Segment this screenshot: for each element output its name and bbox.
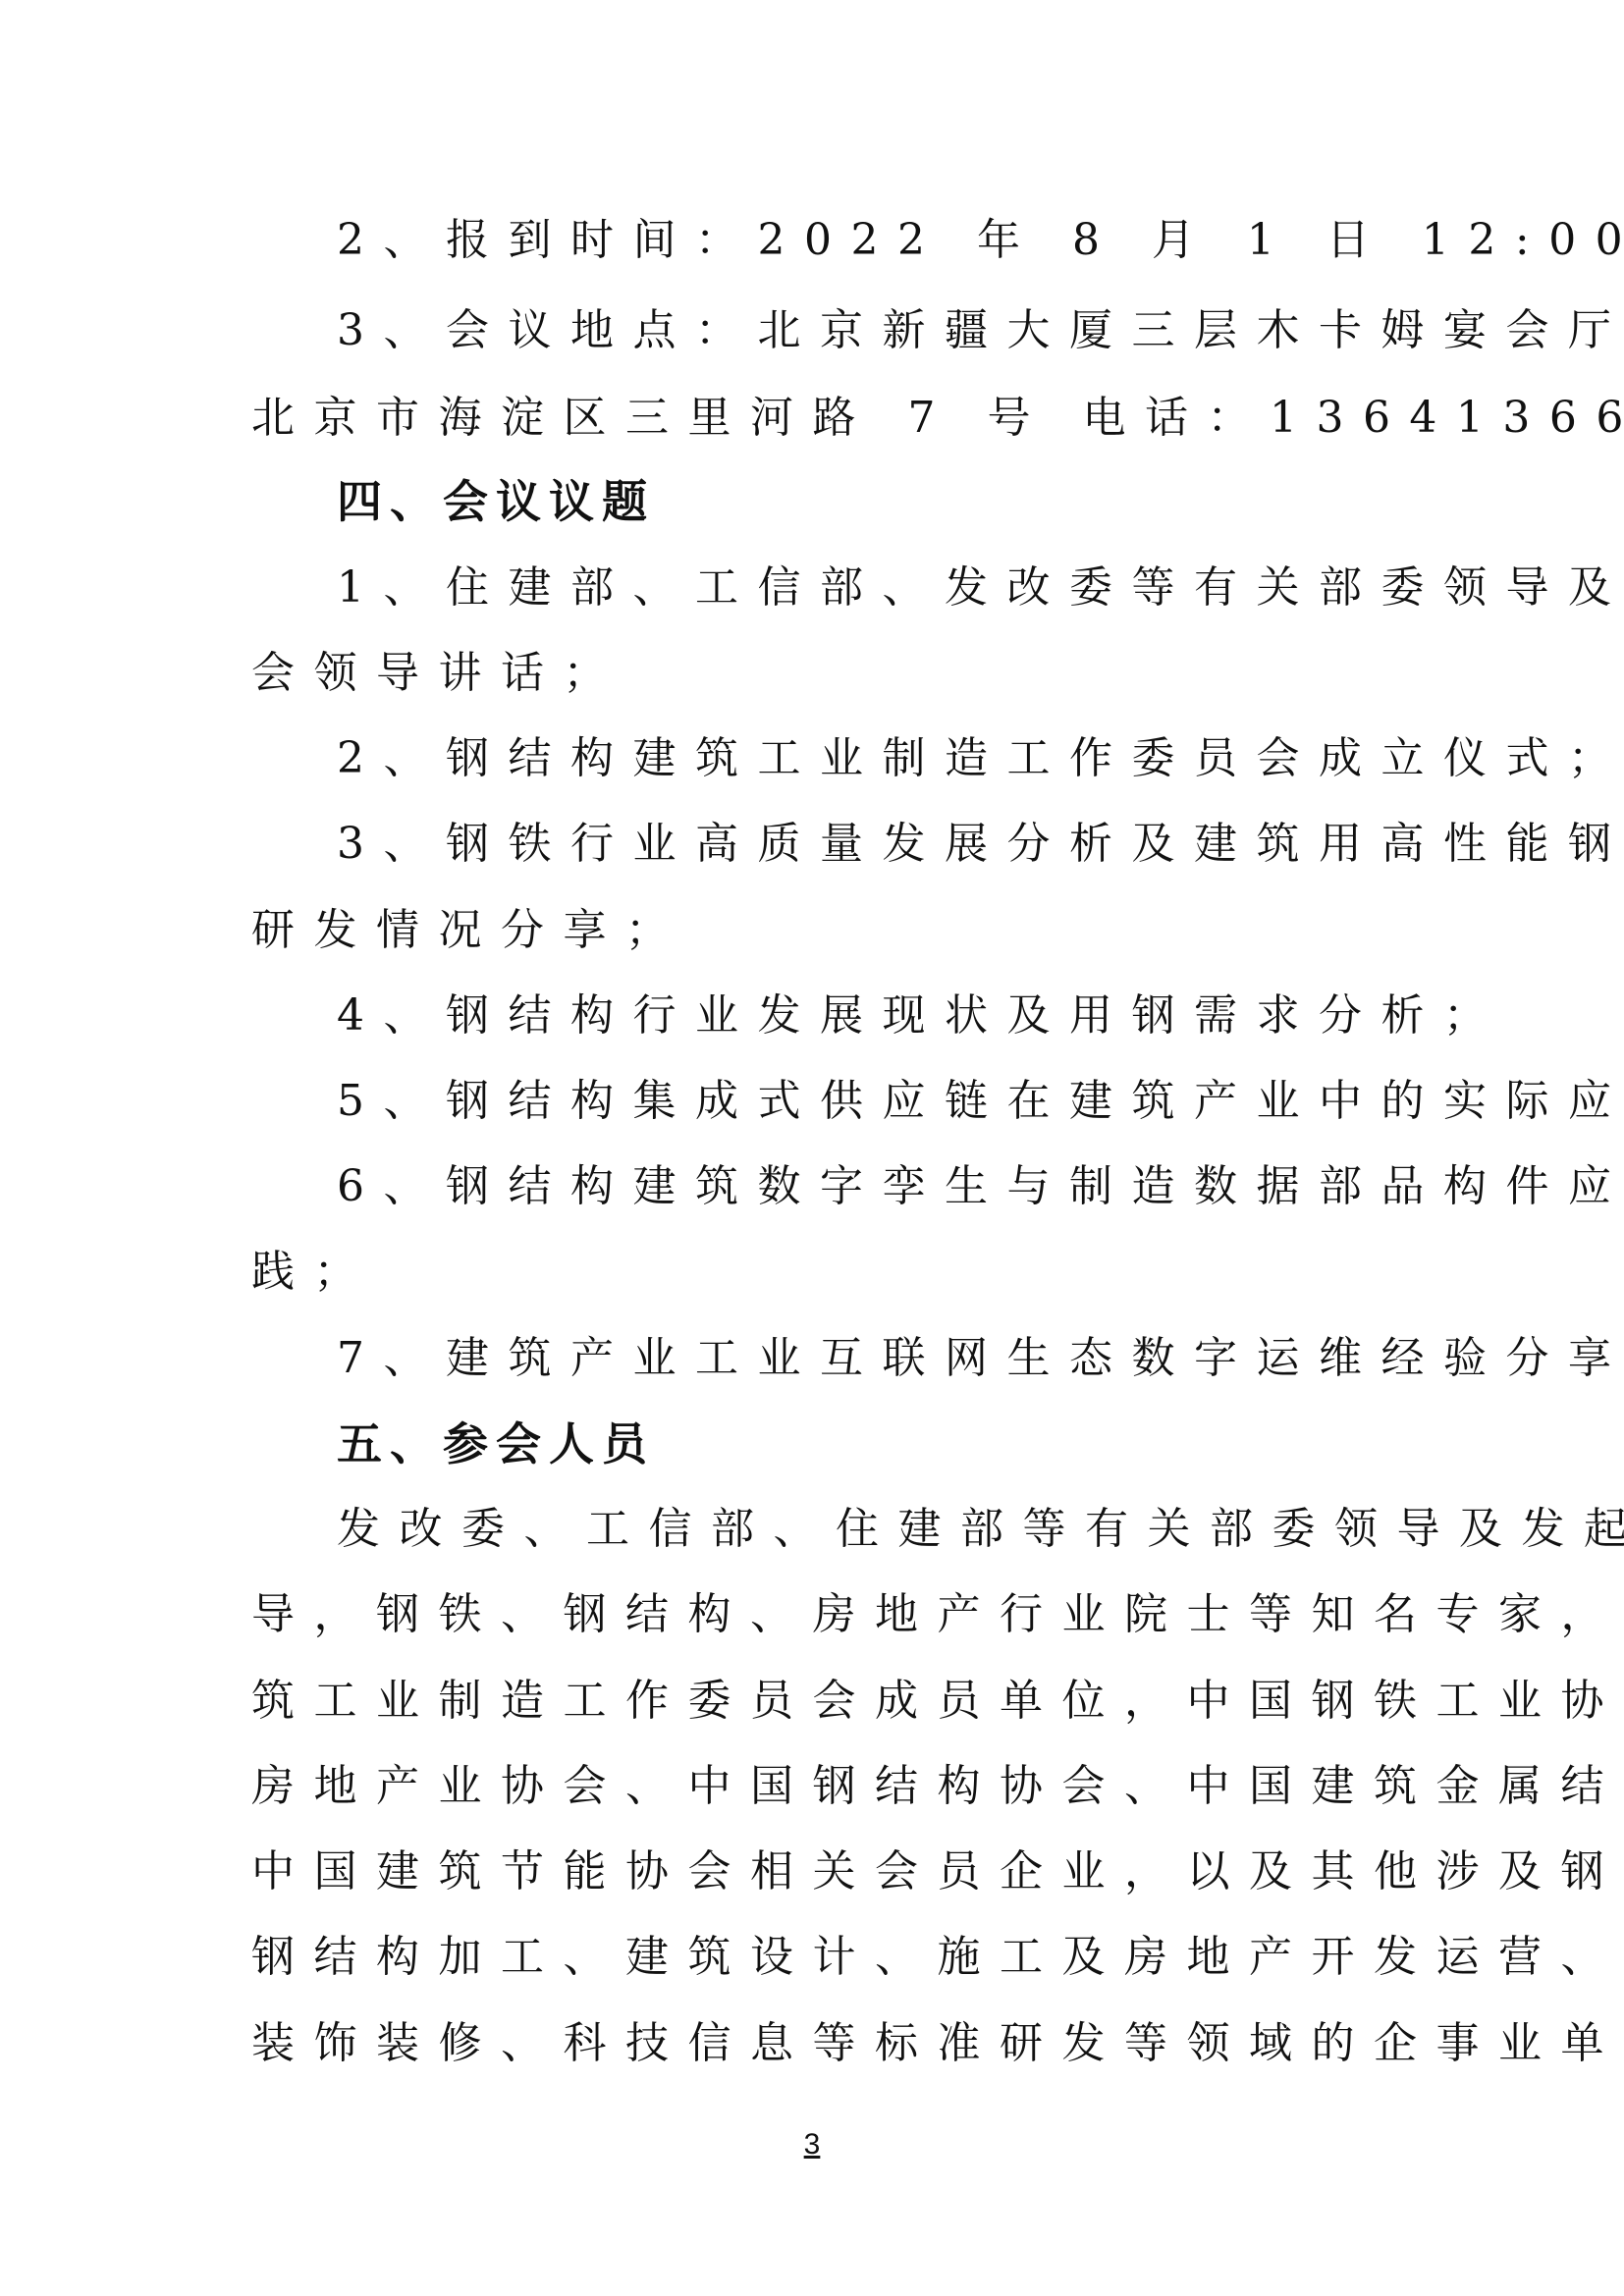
agenda-item-6-cont: 践； (251, 1243, 1390, 1302)
agenda-item-1-cont: 会领导讲话； (251, 644, 1390, 703)
attendees-para-line-3: 筑工业制造工作委员会成员单位，中国钢铁工业协会、中国 (251, 1672, 1390, 1731)
agenda-item-1: 1、住建部、工信部、发改委等有关部委领导及发起协 (337, 559, 1476, 617)
agenda-item-3-cont: 研发情况分享； (251, 901, 1390, 960)
attendees-para-line-5: 中国建筑节能协会相关会员企业，以及其他涉及钢铁制造、 (251, 1842, 1390, 1901)
attendees-para-line-1: 发改委、工信部、住建部等有关部委领导及发起协会领 (337, 1500, 1476, 1559)
agenda-item-6: 6、钢结构建筑数字孪生与制造数据部品构件应用与实 (337, 1157, 1476, 1216)
attendees-para-line-7: 装饰装修、科技信息等标准研发等领域的企事业单位、大专 (251, 2014, 1390, 2073)
agenda-item-2: 2、钢结构建筑工业制造工作委员会成立仪式； (337, 729, 1476, 788)
section-heading-attendees: 五、参会人员 (337, 1415, 1476, 1473)
agenda-item-5: 5、钢结构集成式供应链在建筑产业中的实际应用； (337, 1072, 1476, 1131)
agenda-item-3: 3、钢铁行业高质量发展分析及建筑用高性能钢铁材料 (337, 815, 1476, 874)
attendees-para-line-6: 钢结构加工、建筑设计、施工及房地产开发运营、材料供应、 (251, 1928, 1390, 1987)
venue-line-2: 北京市海淀区三里河路 7 号 电话：13641366916） (251, 389, 1390, 448)
venue-line-1: 3、会议地点：北京新疆大厦三层木卡姆宴会厅（地址： (337, 301, 1476, 360)
agenda-item-4: 4、钢结构行业发展现状及用钢需求分析； (337, 987, 1476, 1045)
registration-time: 2、报到时间：2022 年 8 月 1 日 12:00-18:00 (337, 211, 1476, 270)
attendees-para-line-4: 房地产业协会、中国钢结构协会、中国建筑金属结构协会、 (251, 1757, 1390, 1816)
page-number-text: 3 (804, 2128, 821, 2161)
page-number: 3 (0, 2128, 1624, 2162)
agenda-item-7: 7、建筑产业工业互联网生态数字运维经验分享。 (337, 1329, 1476, 1388)
attendees-para-line-2: 导，钢铁、钢结构、房地产行业院士等知名专家，钢结构建 (251, 1585, 1390, 1644)
section-heading-agenda: 四、会议议题 (337, 472, 1476, 531)
